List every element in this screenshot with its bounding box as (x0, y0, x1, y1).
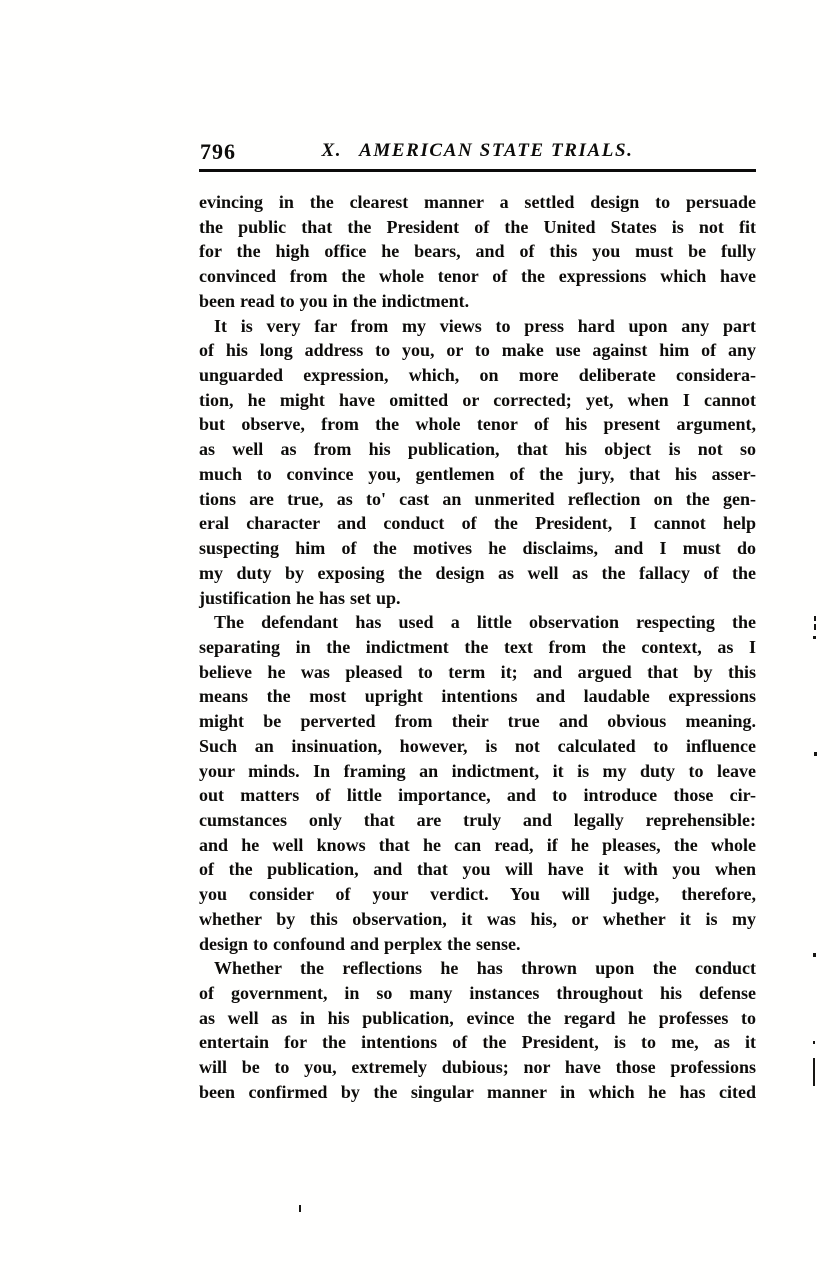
text-line: as well as in his publication, evince th… (199, 1006, 756, 1031)
text-line: It is very far from my views to press ha… (199, 314, 756, 339)
text-line: cumstances only that are truly and legal… (199, 808, 756, 833)
page-body: evincing in the clearest manner a settle… (199, 190, 756, 1105)
text-line: unguarded expression, which, on more del… (199, 363, 756, 388)
text-line: eral character and conduct of the Presid… (199, 511, 756, 536)
text-line: justification he has set up. (199, 586, 756, 611)
header-rule (199, 169, 756, 172)
page-number: 796 (200, 139, 236, 165)
text-line: of government, in so many instances thro… (199, 981, 756, 1006)
scan-speck (299, 1205, 301, 1212)
text-line: been read to you in the indictment. (199, 289, 756, 314)
scan-speck (814, 624, 816, 630)
text-line: Whether the reflections he has thrown up… (199, 956, 756, 981)
text-line: The defendant has used a little observat… (199, 610, 756, 635)
section-numeral: X. (322, 140, 343, 161)
text-line: will be to you, extremely dubious; nor h… (199, 1055, 756, 1080)
paragraph: It is very far from my views to press ha… (199, 314, 756, 611)
text-line: whether by this observation, it was his,… (199, 907, 756, 932)
text-line: design to confound and perplex the sense… (199, 932, 756, 957)
paragraph: Whether the reflections he has thrown up… (199, 956, 756, 1104)
text-line: you consider of your verdict. You will j… (199, 882, 756, 907)
text-line: and he well knows that he can read, if h… (199, 833, 756, 858)
text-line: of his long address to you, or to make u… (199, 338, 756, 363)
text-line: been confirmed by the singular manner in… (199, 1080, 756, 1105)
text-line: convinced from the whole tenor of the ex… (199, 264, 756, 289)
text-line: tion, he might have omitted or corrected… (199, 388, 756, 413)
text-line: Such an insinuation, however, is not cal… (199, 734, 756, 759)
scan-speck (813, 1058, 815, 1086)
paragraph: evincing in the clearest manner a settle… (199, 190, 756, 314)
text-line: the public that the President of the Uni… (199, 215, 756, 240)
text-line: separating in the indictment the text fr… (199, 635, 756, 660)
text-line: but observe, from the whole tenor of his… (199, 412, 756, 437)
text-block: 796 X.AMERICAN STATE TRIALS. evincing in… (199, 137, 756, 1105)
text-line: believe he was pleased to term it; and a… (199, 660, 756, 685)
text-line: evincing in the clearest manner a settle… (199, 190, 756, 215)
text-line: out matters of little importance, and to… (199, 783, 756, 808)
text-line: much to convince you, gentlemen of the j… (199, 462, 756, 487)
text-line: my duty by exposing the design as well a… (199, 561, 756, 586)
text-line: your minds. In framing an indictment, it… (199, 759, 756, 784)
text-line: entertain for the intentions of the Pres… (199, 1030, 756, 1055)
text-line: for the high office he bears, and of thi… (199, 239, 756, 264)
text-line: as well as from his publication, that hi… (199, 437, 756, 462)
text-line: suspecting him of the motives he disclai… (199, 536, 756, 561)
scan-speck (813, 953, 816, 957)
scan-speck (814, 616, 816, 621)
text-line: tions are true, as to' cast an unmerited… (199, 487, 756, 512)
scan-speck (813, 636, 816, 639)
book-title: AMERICAN STATE TRIALS. (359, 140, 633, 161)
paragraph: The defendant has used a little observat… (199, 610, 756, 956)
text-line: means the most upright intentions and la… (199, 684, 756, 709)
running-header: 796 X.AMERICAN STATE TRIALS. (199, 137, 756, 165)
scanned-book-page: 796 X.AMERICAN STATE TRIALS. evincing in… (0, 0, 836, 1284)
running-title: X.AMERICAN STATE TRIALS. (199, 137, 756, 162)
text-line: of the publication, and that you will ha… (199, 857, 756, 882)
scan-speck (814, 752, 817, 756)
text-line: might be perverted from their true and o… (199, 709, 756, 734)
scan-speck (813, 1041, 815, 1044)
